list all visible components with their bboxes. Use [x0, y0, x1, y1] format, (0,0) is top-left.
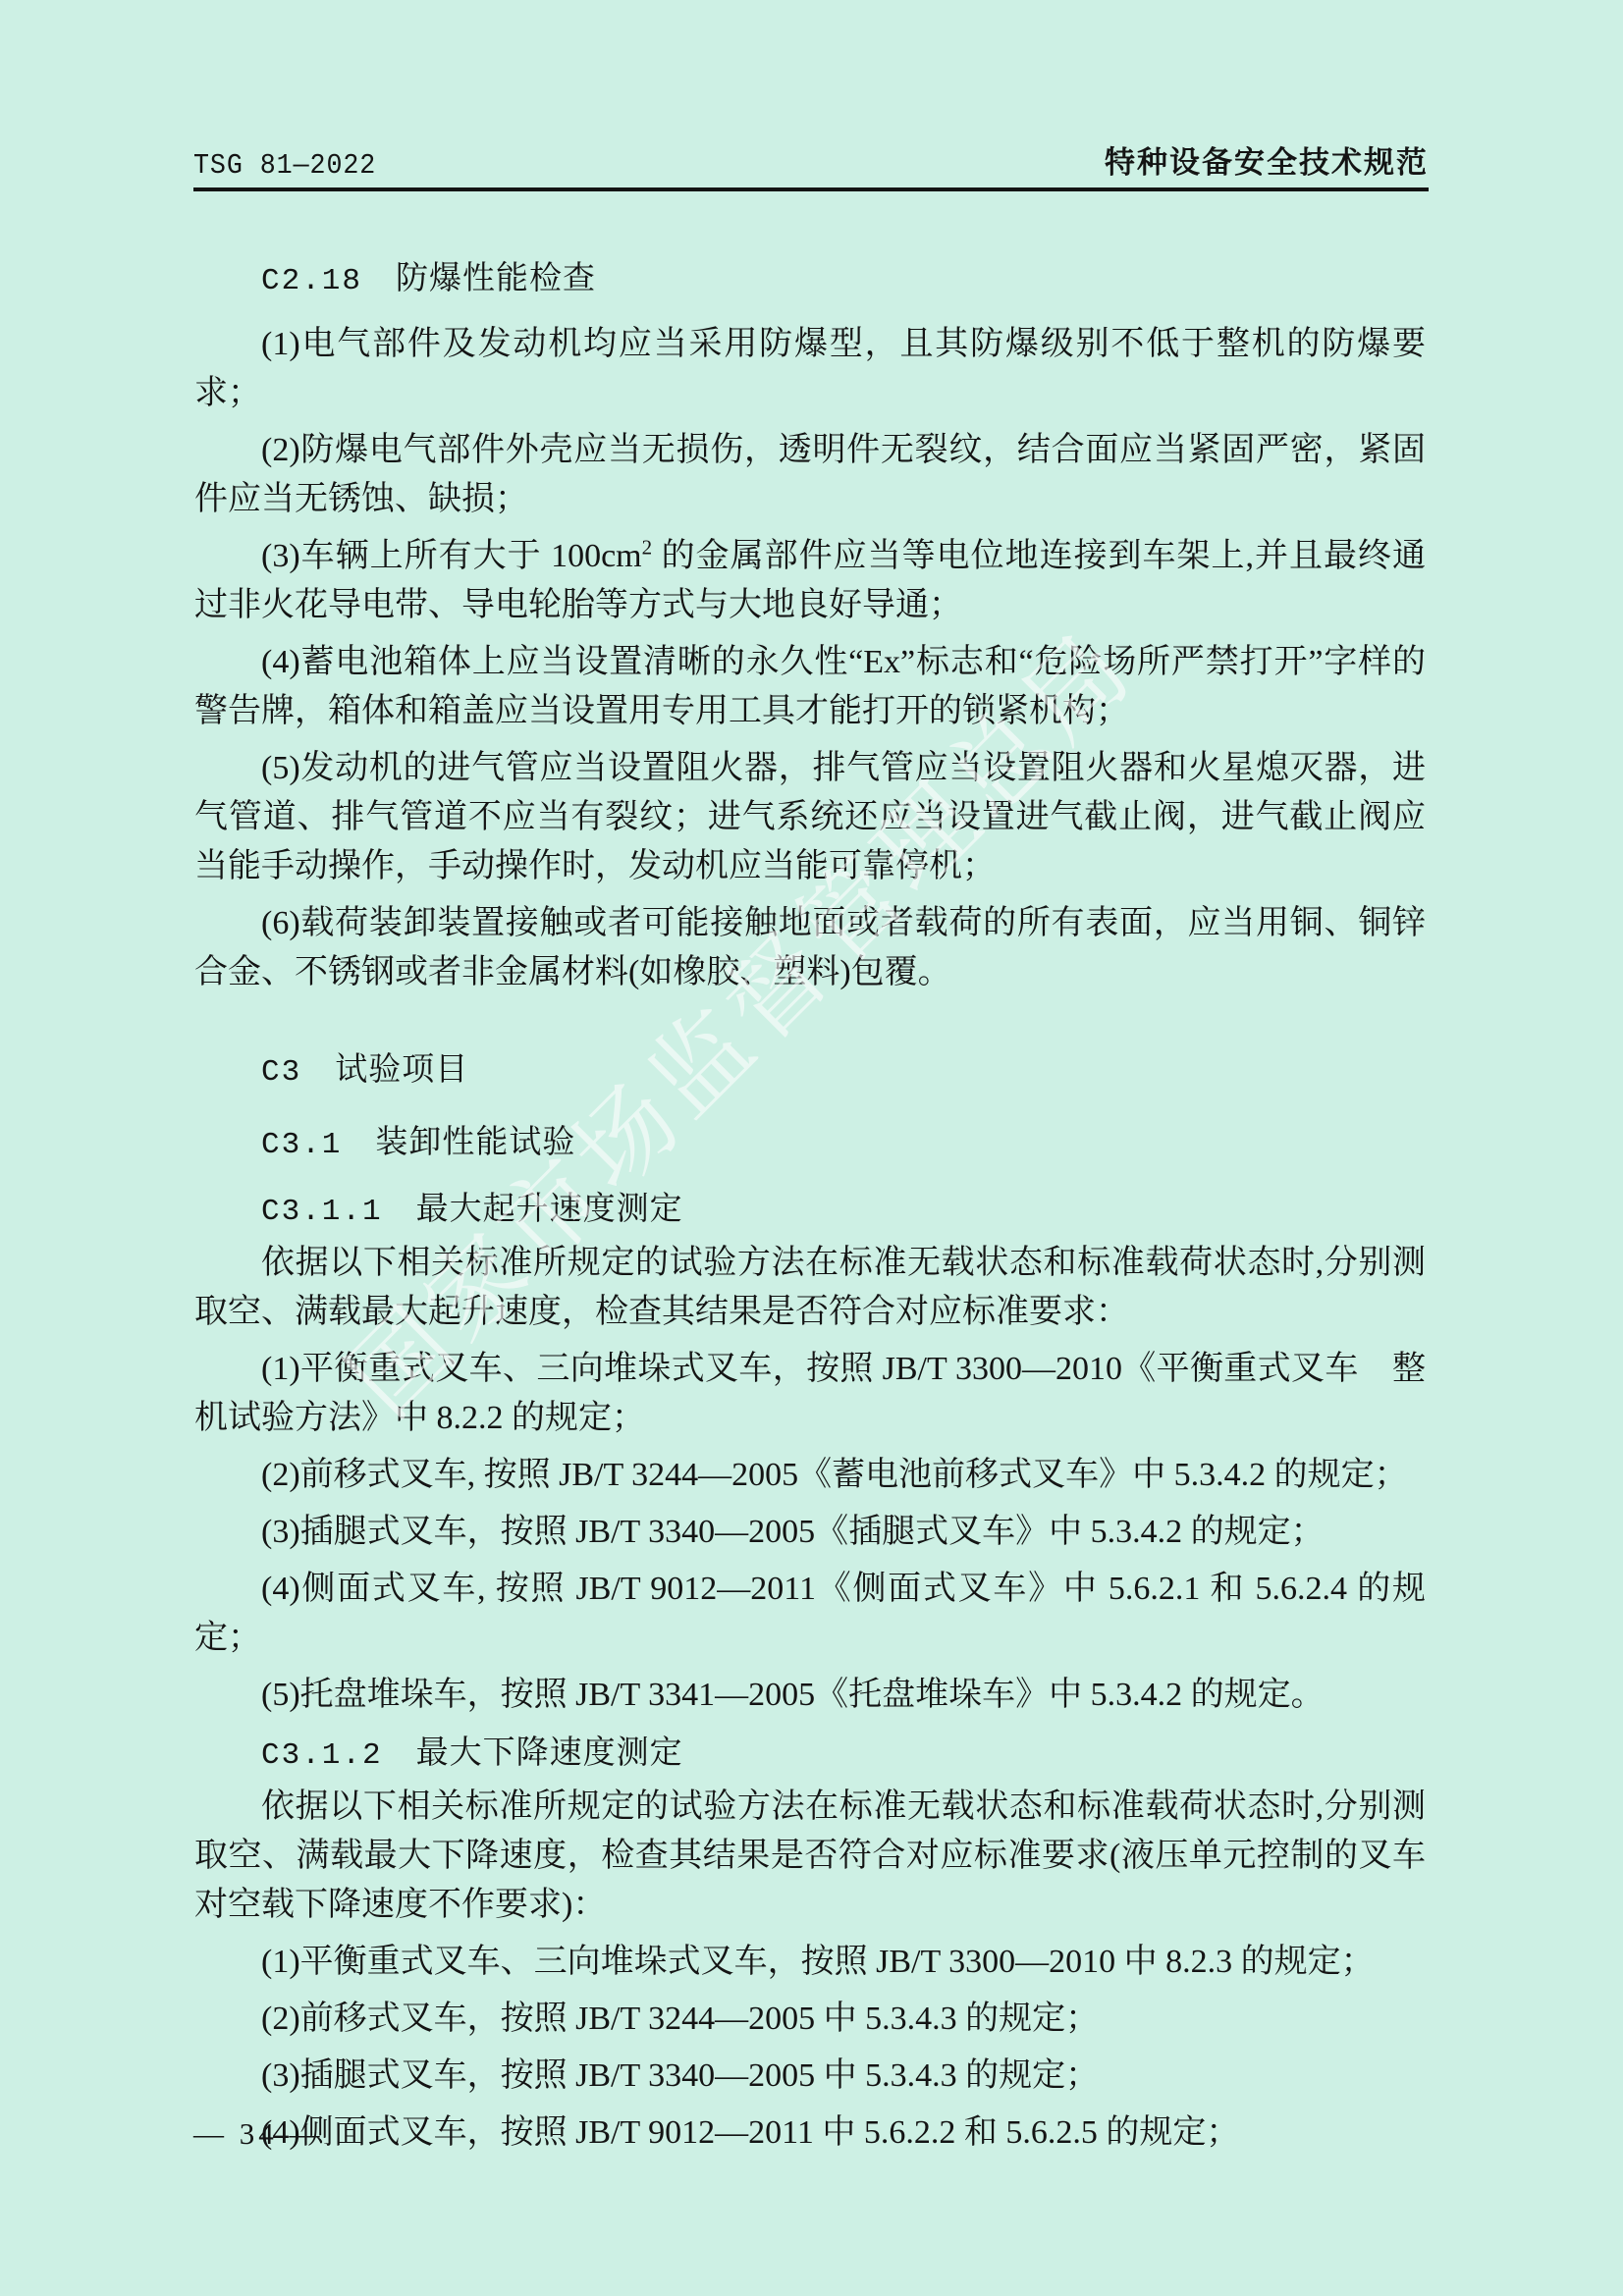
- clause-heading-c3-1-1: C3.1.1最大起升速度测定: [194, 1184, 1426, 1237]
- paragraph: (1)平衡重式叉车、三向堆垛式叉车，按照 JB/T 3300—2010《平衡重式…: [194, 1345, 1426, 1443]
- clause-heading-c3-1: C3.1装卸性能试验: [194, 1117, 1426, 1170]
- page-header: TSG 81—2022 特种设备安全技术规范: [193, 0, 1429, 191]
- paragraph: (3)插腿式叉车，按照 JB/T 3340—2005 中 5.3.4.3 的规定…: [194, 2052, 1426, 2101]
- paragraph: (2)防爆电气部件外壳应当无损伤，透明件无裂纹，结合面应当紧固严密，紧固件应当无…: [194, 426, 1426, 524]
- clause-number: C3.1: [261, 1128, 342, 1162]
- clause-title: 试验项目: [335, 1050, 468, 1087]
- document-body: C2.18防爆性能检查 (1)电气部件及发动机均应当采用防爆型，且其防爆级别不低…: [194, 253, 1426, 2165]
- clause-number: C3.1.2: [261, 1738, 383, 1773]
- clause-title: 最大下降速度测定: [416, 1734, 683, 1770]
- paragraph: (4)蓄电池箱体上应当设置清晰的永久性“Ex”标志和“危险场所严禁打开”字样的警…: [194, 638, 1426, 736]
- paragraph: (1)平衡重式叉车、三向堆垛式叉车，按照 JB/T 3300—2010 中 8.…: [194, 1938, 1426, 1987]
- paragraph: 依据以下相关标准所规定的试验方法在标准无载状态和标准载荷状态时,分别测取空、满载…: [194, 1783, 1426, 1930]
- paragraph: (5)托盘堆垛车，按照 JB/T 3341—2005《托盘堆垛车》中 5.3.4…: [194, 1671, 1426, 1720]
- paragraph: (5)发动机的进气管应当设置阻火器，排气管应当设置阻火器和火星熄灭器，进气管道、…: [194, 744, 1426, 891]
- paragraph: (4)侧面式叉车, 按照 JB/T 9012—2011《侧面式叉车》中 5.6.…: [194, 1565, 1426, 1663]
- page-footer: — 34 —: [193, 2116, 324, 2152]
- clause-number: C2.18: [261, 264, 362, 298]
- clause-title: 最大起升速度测定: [416, 1190, 683, 1226]
- clause-heading-c3-1-2: C3.1.2最大下降速度测定: [194, 1728, 1426, 1781]
- paragraph: (2)前移式叉车, 按照 JB/T 3244—2005《蓄电池前移式叉车》中 5…: [194, 1451, 1426, 1500]
- paragraph: (6)载荷装卸装置接触或者可能接触地面或者载荷的所有表面，应当用铜、铜锌合金、不…: [194, 899, 1426, 997]
- clause-title: 防爆性能检查: [396, 259, 596, 295]
- superscript: 2: [642, 536, 653, 560]
- clause-heading-c3: C3试验项目: [194, 1044, 1426, 1097]
- paragraph: (3)插腿式叉车，按照 JB/T 3340—2005《插腿式叉车》中 5.3.4…: [194, 1508, 1426, 1557]
- clause-number: C3.1.1: [261, 1195, 383, 1229]
- paragraph: (1)电气部件及发动机均应当采用防爆型，且其防爆级别不低于整机的防爆要求；: [194, 320, 1426, 418]
- document-code: TSG 81—2022: [193, 149, 376, 182]
- page-number: — 34 —: [193, 2116, 324, 2151]
- paragraph-with-superscript: (3)车辆上所有大于 100cm2 的金属部件应当等电位地连接到车架上,并且最终…: [194, 532, 1426, 630]
- document-page: TSG 81—2022 特种设备安全技术规范 C2.18防爆性能检查 (1)电气…: [0, 0, 1623, 2296]
- paragraph-text: (3)车辆上所有大于 100cm: [261, 538, 642, 574]
- paragraph: (4)侧面式叉车，按照 JB/T 9012—2011 中 5.6.2.2 和 5…: [194, 2109, 1426, 2158]
- paragraph: (2)前移式叉车，按照 JB/T 3244—2005 中 5.3.4.3 的规定…: [194, 1995, 1426, 2044]
- clause-number: C3: [261, 1055, 301, 1090]
- document-category-title: 特种设备安全技术规范: [1105, 137, 1429, 182]
- clause-title: 装卸性能试验: [375, 1123, 575, 1159]
- paragraph: 依据以下相关标准所规定的试验方法在标准无载状态和标准载荷状态时,分别测取空、满载…: [194, 1239, 1426, 1337]
- clause-heading-c2-18: C2.18防爆性能检查: [194, 253, 1426, 306]
